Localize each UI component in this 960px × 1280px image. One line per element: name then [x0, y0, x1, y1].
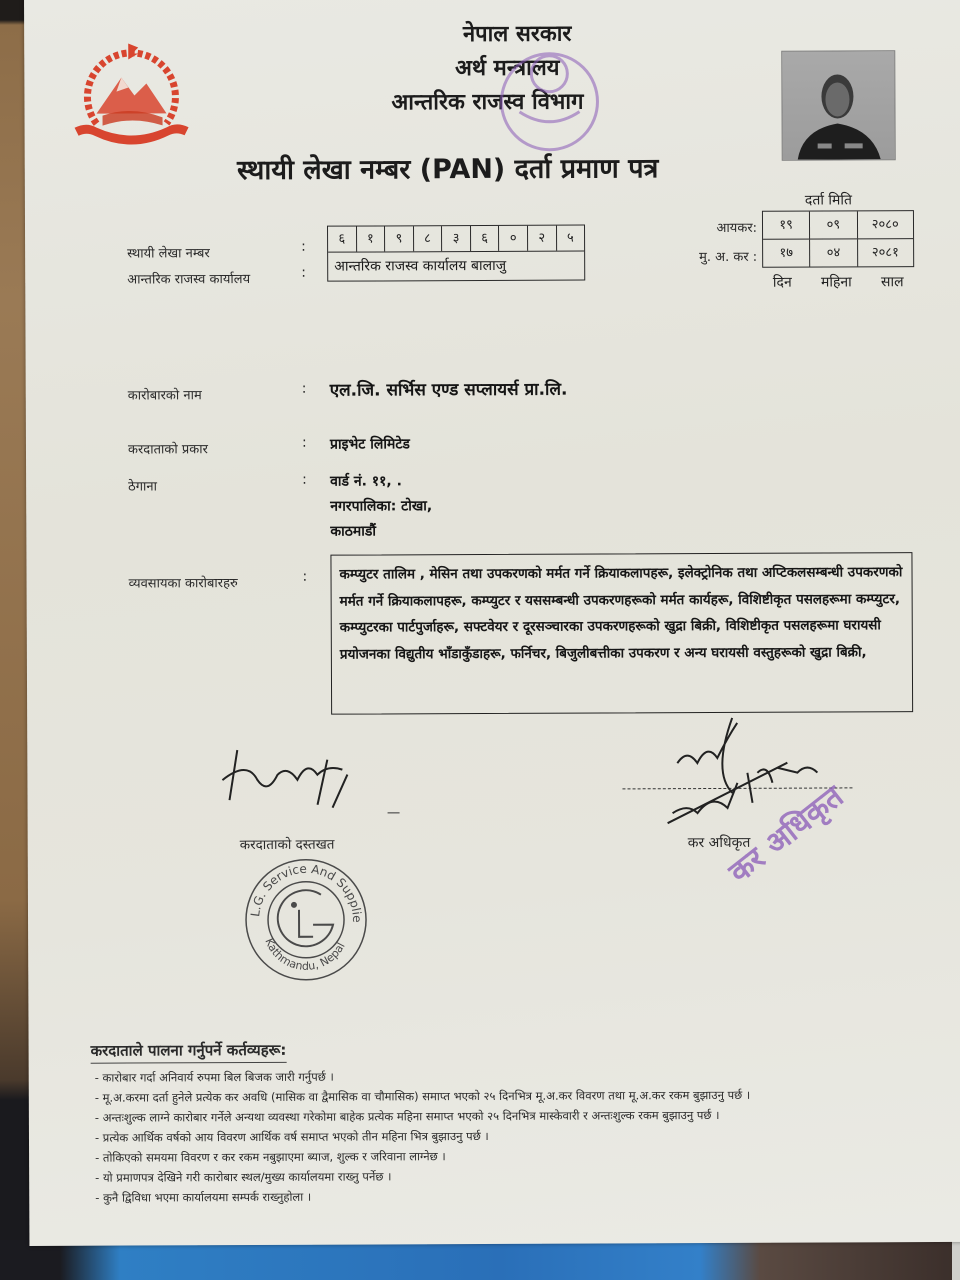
duty-item: तोकिएको समयमा विवरण र कर रकम नबुझाएमा ब्… — [95, 1145, 750, 1168]
certificate-title: स्थायी लेखा नम्बर (PAN) दर्ता प्रमाण पत्… — [0, 147, 916, 188]
business-activities-label: व्यवसायका कारोबारहरु — [129, 573, 238, 591]
colon: : — [301, 239, 306, 255]
year: २०८० — [857, 211, 913, 238]
pan-digits: ६ १ ९ ८ ३ ६ ० २ ५ — [328, 226, 584, 253]
duty-item: अन्तःशुल्क लाग्ने कारोबार गर्नेले अन्यथा… — [95, 1105, 750, 1128]
background-surface — [0, 1240, 960, 1280]
month: ०४ — [810, 239, 857, 266]
pan-digit: ६ — [471, 226, 500, 251]
office-label: आन्तरिक राजस्व कार्यालय — [127, 269, 250, 288]
seal-bottom-text: Kathmandu, Nepal — [262, 936, 347, 973]
address-line-1: वार्ड नं. ११, . — [330, 471, 402, 490]
year-label: साल — [881, 272, 904, 291]
pan-label: स्थायी लेखा नम्बर — [127, 243, 210, 261]
day: १९ — [763, 212, 810, 239]
colon: : — [302, 472, 307, 488]
pan-digit: ८ — [414, 226, 443, 251]
income-tax-label: आयकर: — [677, 218, 757, 236]
duty-item: प्रत्येक आर्थिक वर्षको आय विवरण आर्थिक व… — [95, 1125, 750, 1148]
duty-item: यो प्रमाणपत्र देखिने गरी कारोबार स्थल/मु… — [95, 1165, 750, 1188]
duty-item: कारोबार गर्दा अनिवार्य रुपमा बिल बिजक जा… — [95, 1065, 750, 1088]
business-name-value: एल.जि. सर्भिस एण्ड सप्लायर्स प्रा.लि. — [330, 377, 568, 401]
pan-digit: ६ — [328, 227, 357, 252]
pan-digit: ९ — [385, 226, 414, 251]
business-activities-box: कम्प्युटर तालिम , मेसिन तथा उपकरणको मर्म… — [330, 552, 913, 715]
duty-item: मू.अ.करमा दर्ता हुनेले प्रत्येक कर अवधि … — [95, 1085, 750, 1108]
vat-label: मु. अ. कर : — [677, 247, 757, 265]
company-seal-icon: L.G. Service And Suppliers Kathmandu, Ne… — [241, 854, 372, 985]
applicant-photo — [781, 50, 895, 160]
month: ०९ — [810, 211, 857, 238]
date-row-vat: १७ ०४ २०८१ — [763, 238, 913, 267]
pan-digit: २ — [528, 226, 557, 251]
person-photo-icon — [782, 51, 894, 159]
taxpayer-type-label: करदाताको प्रकार — [128, 439, 208, 457]
taxpayer-type-value: प्राइभेट लिमिटेड — [330, 434, 410, 453]
registration-date-title: दर्ता मिति — [805, 190, 852, 209]
duty-item: कुनै द्विविधा भएमा कार्यालयमा सम्पर्क रा… — [95, 1185, 750, 1208]
pan-digit: ० — [499, 226, 528, 251]
colon: : — [301, 265, 306, 281]
date-column-labels: दिन महिना साल — [758, 272, 918, 292]
month-label: महिना — [821, 272, 852, 291]
seal-top-text: L.G. Service And Suppliers — [241, 854, 364, 923]
duties-title: करदाताले पालना गर्नुपर्ने कर्तव्यहरू: — [91, 1040, 287, 1064]
office-seal-icon — [494, 41, 605, 161]
day: १७ — [763, 240, 810, 267]
duties-list: कारोबार गर्दा अनिवार्य रुपमा बिल बिजक जा… — [95, 1065, 751, 1208]
taxpayer-signature-label: करदाताको दस्तखत — [240, 835, 335, 853]
pan-certificate: नेपाल सरकार अर्थ मन्त्रालय आन्तरिक राजस्… — [24, 0, 960, 1246]
dash-mark — [388, 812, 400, 813]
address-label: ठेगाना — [128, 476, 157, 494]
pan-digit: १ — [357, 226, 386, 251]
colon: : — [302, 435, 307, 451]
registration-date-table: १९ ०९ २०८० १७ ०४ २०८१ — [762, 210, 914, 268]
address-line-2: नगरपालिका: टोखा, — [330, 496, 432, 515]
pan-number-box: ६ १ ९ ८ ३ ६ ० २ ५ आन्तरिक राजस्व कार्याल… — [327, 225, 585, 282]
colon: : — [302, 381, 307, 397]
year: २०८१ — [858, 239, 914, 266]
business-name-label: कारोबारको नाम — [128, 385, 202, 403]
day-label: दिन — [773, 273, 792, 292]
svg-text:L.G. Service And Suppliers: L.G. Service And Suppliers — [241, 854, 364, 923]
colon: : — [303, 569, 308, 585]
pan-digit: ५ — [557, 226, 585, 251]
address-line-3: काठमाडौं — [330, 521, 376, 540]
office-value: आन्तरिक राजस्व कार्यालय बालाजु — [328, 252, 584, 281]
taxpayer-signature-icon — [217, 740, 367, 811]
svg-text:Kathmandu, Nepal: Kathmandu, Nepal — [262, 936, 347, 973]
date-row-income-tax: १९ ०९ २०८० — [763, 211, 913, 239]
pan-digit: ३ — [442, 226, 471, 251]
